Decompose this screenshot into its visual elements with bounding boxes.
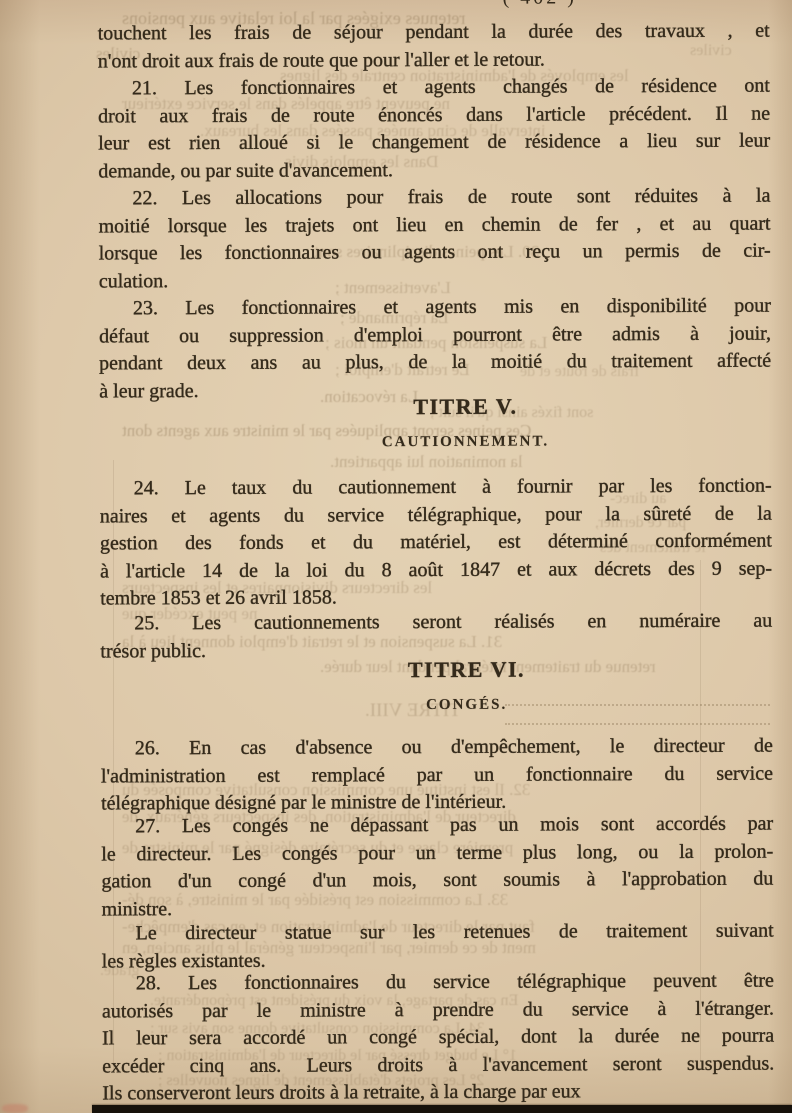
text-line: Il leur sera accordé un congé spécial, d… <box>102 1023 774 1053</box>
paragraph-continuation: touchent les frais de séjour pendant la … <box>98 18 770 76</box>
text-line: Ils conserveront leurs droits à la retra… <box>102 1078 774 1108</box>
titre-vi-heading: TITRE VI. <box>130 655 792 684</box>
text-line: le directeur. Les congés pour un terme p… <box>101 838 773 868</box>
text-line: défaut ou suppression d'emploi pourront … <box>99 320 771 350</box>
titre-v-heading: TITRE V. <box>129 392 792 421</box>
text-line: naires et agents du service télégraphiqu… <box>100 500 772 530</box>
text-line: culation. <box>99 265 771 295</box>
cautionnement-heading: CAUTIONNEMENT. <box>129 432 792 452</box>
article-24: 24. Le taux du cautionnement à fournir p… <box>100 473 773 613</box>
article-28: 28. Les fonctionnaires du service télégr… <box>102 968 775 1108</box>
text-line: demande, ou par suite d'avancement. <box>98 155 770 185</box>
text-line: Le directeur statue sur les retenues de … <box>102 918 774 948</box>
text-line: 24. Le taux du cautionnement à fournir p… <box>100 473 772 503</box>
article-21: 21. Les fonctionnaires et agents changés… <box>98 73 770 186</box>
text-line: moitié lorsque les trajets ont lieu en c… <box>98 210 770 240</box>
text-line: touchent les frais de séjour pendant la … <box>98 18 770 48</box>
text-line: l'administration est remplacé par un fon… <box>101 760 773 790</box>
text-line: leur est rien alloué si le changement de… <box>98 128 770 158</box>
article-23: 23. Les fonctionnaires et agents mis en … <box>99 293 771 406</box>
scan-edge-bar <box>92 1105 792 1113</box>
page-number-fragment: ( 402 ) <box>503 0 577 10</box>
text-line: 23. Les fonctionnaires et agents mis en … <box>99 293 771 323</box>
text-line: n'ont droit aux frais de route que pour … <box>98 45 770 75</box>
article-27: 27. Les congés ne dépassant pas un mois … <box>101 811 773 924</box>
text-line: excéder cinq ans. Leurs droits à l'avanc… <box>102 1050 774 1080</box>
text-line: gation d'un congé d'un mois, sont soumis… <box>101 866 773 896</box>
text-line: gestion des fonds et du matériel, est dé… <box>100 528 772 558</box>
text-block: ( 402 ) touchent les frais de séjour pen… <box>98 0 775 1113</box>
text-line: 28. Les fonctionnaires du service télégr… <box>102 968 774 998</box>
paragraph-directeur: Le directeur statue sur les retenues de … <box>102 918 774 976</box>
text-line: autorisés par le ministre à prendre du s… <box>102 995 774 1025</box>
text-line: 26. En cas d'absence ou d'empêchement, l… <box>101 733 773 763</box>
text-line: 22. Les allocations pour frais de route … <box>98 183 770 213</box>
text-line: pendant deux ans au plus, de la moitié d… <box>99 348 771 378</box>
text-line: droit aux frais de route énoncés dans l'… <box>98 100 770 130</box>
text-line: lorsque les fonctionnaires ou agents ont… <box>99 238 771 268</box>
text-line: 21. Les fonctionnaires et agents changés… <box>98 73 770 103</box>
article-22: 22. Les allocations pour frais de route … <box>98 183 770 296</box>
conges-heading: CONGÉS. <box>131 695 792 715</box>
text-line: 27. Les congés ne dépassant pas un mois … <box>101 811 773 841</box>
red-smudge-artifact <box>2 1104 28 1113</box>
text-line: 25. Les cautionnements seront réalisés e… <box>100 608 772 638</box>
article-26: 26. En cas d'absence ou d'empêchement, l… <box>101 733 773 818</box>
scanned-document-page: retenues exigées par la loi relative aux… <box>0 0 792 1113</box>
text-line: à l'article 14 de la loi du 8 août 1847 … <box>100 555 772 585</box>
